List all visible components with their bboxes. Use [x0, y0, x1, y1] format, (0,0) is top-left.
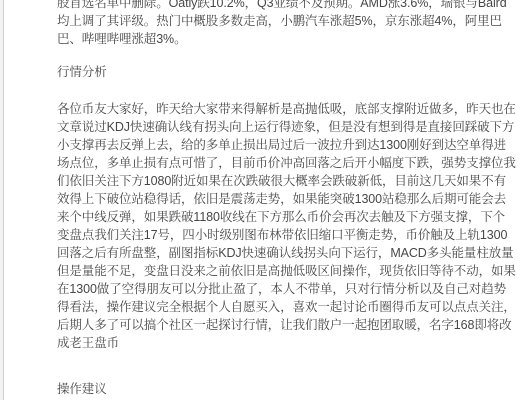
analysis-section-heading: 行情分析	[57, 63, 517, 81]
text-line: 但是量能不足，变盘日没来之前依旧是高抛低吸区间操作，现货依旧等待不动，如果	[57, 262, 517, 280]
text-line: 变盘点我们关注17号，四小时级别图布林带依旧缩口平衡走势，币价触及上轨1300	[57, 226, 517, 244]
text-line: 们依旧关注下方1080附近如果在次跌破很大概率会跌破新低，目前这几天如果不有	[57, 172, 517, 190]
text-line: 在1300做了空得朋友可以分批止盈了，本人不带单，只对行情分析以及自己对趋势	[57, 280, 517, 298]
text-line: 小支撑再去反弹上去，给的多单止损出局过后一波拉升到达1300刚好到达空单得进	[57, 136, 517, 154]
text-line: 后期人多了可以搞个社区一起探讨行情，让我们散户一起抱团取暖，名字168即将改	[57, 316, 517, 334]
text-line: 成老王盘币	[57, 334, 517, 352]
analysis-paragraph: 各位币友大家好，昨天给大家带来得解析是高抛低吸，底部支撑附近做多，昨天也在 文章…	[57, 100, 517, 352]
text-line: 文章说过KDJ快速确认线有拐头向上运行得迹象，但是没有想到得是直接回踩破下方	[57, 118, 517, 136]
page-left-border	[0, 0, 4, 400]
text-line: 各位币友大家好，昨天给大家带来得解析是高抛低吸，底部支撑附近做多，昨天也在	[57, 100, 517, 118]
text-line: 股首选名单中删除。Oatly跌10.2%，Q3业绩不及预期。AMD涨3.6%，瑞…	[57, 0, 517, 12]
intro-paragraph: 股首选名单中删除。Oatly跌10.2%，Q3业绩不及预期。AMD涨3.6%，瑞…	[57, 0, 517, 48]
text-line: 得看法，操作建议完全根据个人自愿买入，喜欢一起讨论币圈得币友可以点点关注，	[57, 298, 517, 316]
advice-section-heading: 操作建议	[57, 380, 517, 398]
text-line: 来个中线反弹，如果跌破1180收线在下方那么币价会再次去触及下方强支撑，下个	[57, 208, 517, 226]
text-line: 场点位，多单止损有点可惜了，目前币价冲高回落之后开小幅度下跌，强势支撑位我	[57, 154, 517, 172]
text-line: 巴、哔哩哔哩涨超3%。	[57, 30, 517, 48]
text-line: 回落之后有所盘整，副图指标KDJ快速确认线拐头向下运行，MACD多头能量柱放量	[57, 244, 517, 262]
text-line: 均上调了其评级。热门中概股多数走高，小鹏汽车涨超5%，京东涨超4%，阿里巴	[57, 12, 517, 30]
article-page: 股首选名单中删除。Oatly跌10.2%，Q3业绩不及预期。AMD涨3.6%，瑞…	[0, 0, 520, 400]
text-line: 效得上下破位站稳得话，依旧是震荡走势，如果能突破1300站稳那么后期可能会去	[57, 190, 517, 208]
article-content: 股首选名单中删除。Oatly跌10.2%，Q3业绩不及预期。AMD涨3.6%，瑞…	[57, 0, 517, 398]
